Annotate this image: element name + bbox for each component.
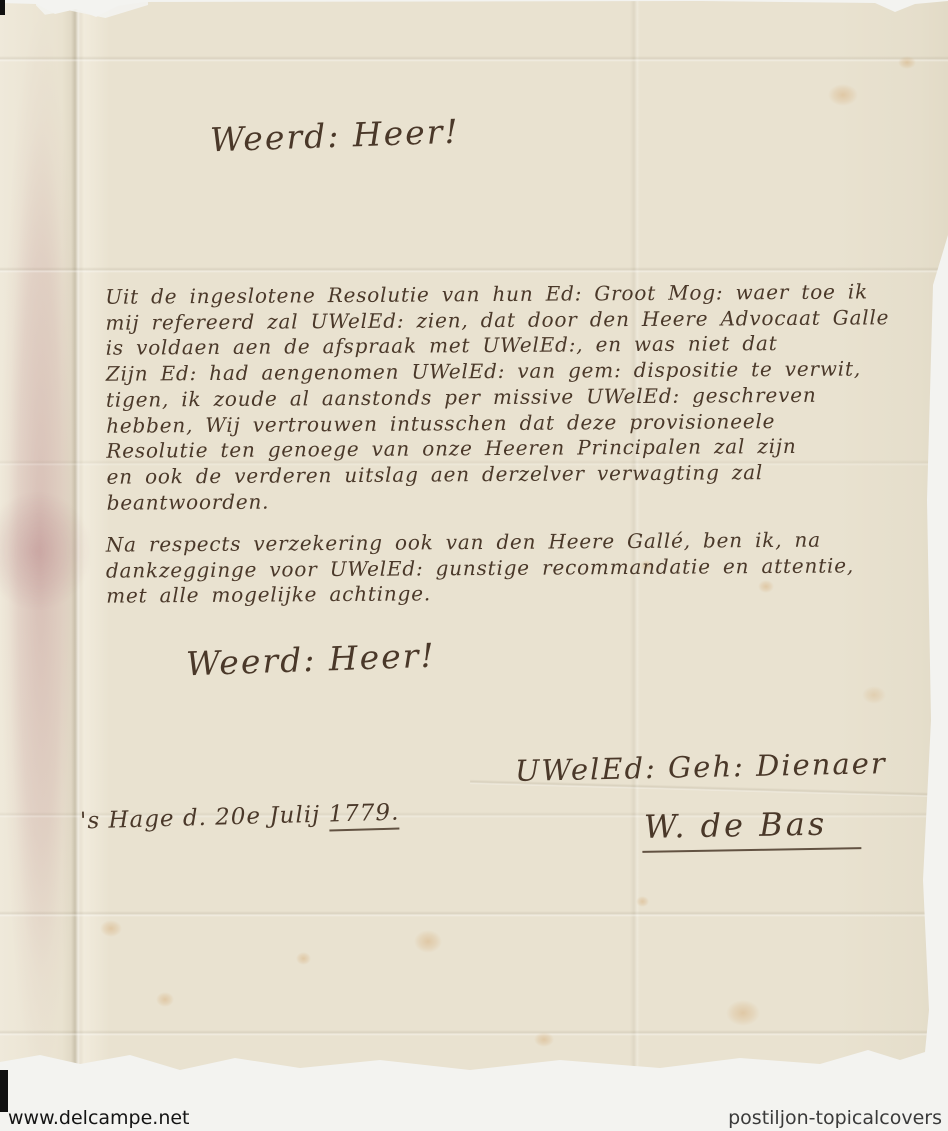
foxing-stain [828,84,858,106]
letter-scan-photo: Weerd: Heer! Uit de ingeslotene Resoluti… [0,0,948,1131]
foxing-stain [862,686,886,704]
letter-signoff: UWelEd: Geh: Dienaer [515,746,887,788]
foxing-stain [156,992,174,1007]
fold-crease-horizontal [0,56,948,62]
letter-dateline: 's Hage d. 20e Julij 1779. [80,800,400,835]
letter-salutation: Weerd: Heer! [209,112,460,160]
letter-line: Resolutie ten genoege van onze Heeren Pr… [106,433,890,464]
foxing-stain [100,920,122,937]
foxing-stain [726,1000,760,1026]
letter-paragraph-2: Na respects verzekering ook van den Heer… [106,527,855,609]
scan-edge-mark-top-left [0,0,5,15]
watermark-seller-name: postiljon-topicalcovers [728,1107,942,1129]
fold-crease-horizontal [0,911,948,917]
scan-edge-mark-bottom-left [0,1070,8,1112]
foxing-stain [296,952,311,965]
letter-signature: W. de Bas [642,804,862,853]
watermark-delcampe-url: www.delcampe.net [8,1107,190,1129]
fold-crease-horizontal [0,267,948,273]
letter-paper: Weerd: Heer! Uit de ingeslotene Resoluti… [0,0,948,1085]
fold-crease-horizontal [0,1030,948,1036]
letter-paragraph-1: Uit de ingeslotene Resolutie van hun Ed:… [105,279,890,516]
wax-seal-bleedthrough [0,492,92,610]
foxing-stain [414,930,442,953]
foxing-stain [636,896,649,907]
foxing-stain [898,56,916,69]
torn-edge-notch [36,0,148,18]
dateline-place: 's Hage d. 20e Julij [80,802,329,835]
foxing-stain [534,1032,554,1047]
letter-line: beantwoorden. [107,485,891,516]
letter-closing-salutation: Weerd: Heer! [185,636,436,684]
dateline-year: 1779. [328,800,400,832]
letter-line: met alle mogelijke achtinge. [106,579,854,610]
